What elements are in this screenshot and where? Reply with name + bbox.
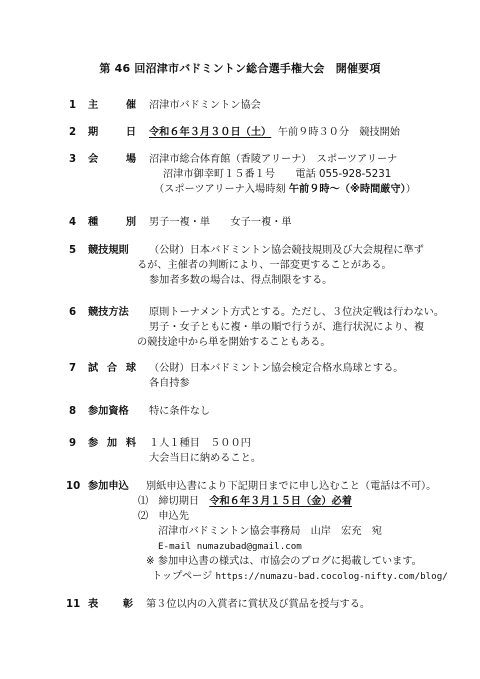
- section-number: 10: [66, 479, 82, 494]
- start-time: 午前９時３０分 競技開始: [278, 127, 400, 138]
- event-date: 令和６年３月３０日（土）: [149, 127, 271, 138]
- email-address: E-mail numazubad@gmail.com: [158, 539, 302, 554]
- application-text: 別紙申込書により下記期日までに申し込むこと（電話は不可）。: [146, 479, 436, 494]
- eligibility-text: 特に条件なし: [149, 404, 210, 419]
- section-number: 2: [69, 125, 83, 140]
- section-number: 5: [69, 243, 83, 258]
- rules-line: るが、主催者の判断により、一部変更することがある。: [137, 258, 392, 273]
- category-text: 男子一複・単 女子一複・単: [149, 215, 292, 230]
- section-label: 競技規則: [88, 243, 129, 258]
- rules-line: 参加者多数の場合は、得点制限をする。: [149, 273, 332, 288]
- section-number: 4: [69, 215, 83, 230]
- deadline-date: 令和６年３月１５日（金）必着: [209, 496, 352, 507]
- organizer-text: 沼津市バドミントン協会: [149, 98, 261, 113]
- section-number: 9: [69, 436, 83, 451]
- section-label: 競技方法: [88, 305, 129, 320]
- format-line: の競技途中から単を開始することもある。: [137, 335, 331, 350]
- toppage-line: トップページ https://numazu-bad.cocolog-nifty.…: [152, 569, 448, 584]
- section-number: 1: [69, 98, 83, 113]
- fee-line: １人１種目 ５００円: [149, 436, 251, 451]
- section-label: 会場: [88, 152, 136, 167]
- section-label: 表彰: [88, 597, 133, 612]
- date-line: 令和６年３月３０日（土） 午前９時３０分 競技開始: [149, 125, 400, 140]
- destination-office: 沼津市バドミントン協会事務局 山岸 宏充 宛: [158, 524, 382, 539]
- fee-line: 大会当日に納めること。: [149, 451, 261, 466]
- section-label: 参加料: [88, 436, 136, 451]
- section-number: 11: [66, 597, 82, 612]
- document-title: 第 46 回沼津市バドミントン総合選手権大会 開催要項: [0, 60, 480, 76]
- blog-url[interactable]: https://numazu-bad.cocolog-nifty.com/blo…: [215, 571, 447, 582]
- shuttle-line: 各自持参: [149, 376, 190, 391]
- section-label: 主催: [88, 98, 136, 113]
- awards-text: 第３位以内の入賞者に賞状及び賞品を授与する。: [146, 597, 370, 612]
- section-number: 6: [69, 305, 83, 320]
- entry-time: （スポーツアリーナ入場時刻 午前９時～（※時間厳守））: [154, 182, 416, 197]
- venue-name: 沼津市総合体育館（香陵アリーナ） スポーツアリーナ: [149, 152, 397, 167]
- format-line: 男子・女子ともに複・単の順で行うが、進行状況により、複: [149, 320, 424, 335]
- section-label: 種別: [88, 215, 136, 230]
- section-label: 参加申込: [88, 479, 129, 494]
- shuttle-line: （公財）日本バドミントン協会検定合格水鳥球とする。: [149, 361, 403, 376]
- section-label: 参加資格: [88, 404, 129, 419]
- destination-label: ⑵ 申込先: [138, 509, 189, 524]
- venue-address: 沼津市御幸町１５番１号 電話 055-928-5231: [163, 167, 391, 182]
- section-label: 試合球: [88, 361, 136, 376]
- blog-note: ※ 参加申込書の様式は、市協会のブログに掲載しています。: [146, 554, 422, 569]
- section-number: 8: [69, 404, 83, 419]
- section-number: 3: [69, 152, 83, 167]
- section-number: 7: [69, 361, 83, 376]
- format-line: 原則トーナメント方式とする。ただし、３位決定戦は行わない。: [149, 305, 444, 320]
- deadline-line: ⑴ 締切期日 令和６年３月１５日（金）必着: [138, 494, 352, 509]
- rules-line: （公財）日本バドミントン協会競技規則及び大会規程に準ず: [149, 243, 424, 258]
- section-label: 期日: [88, 125, 136, 140]
